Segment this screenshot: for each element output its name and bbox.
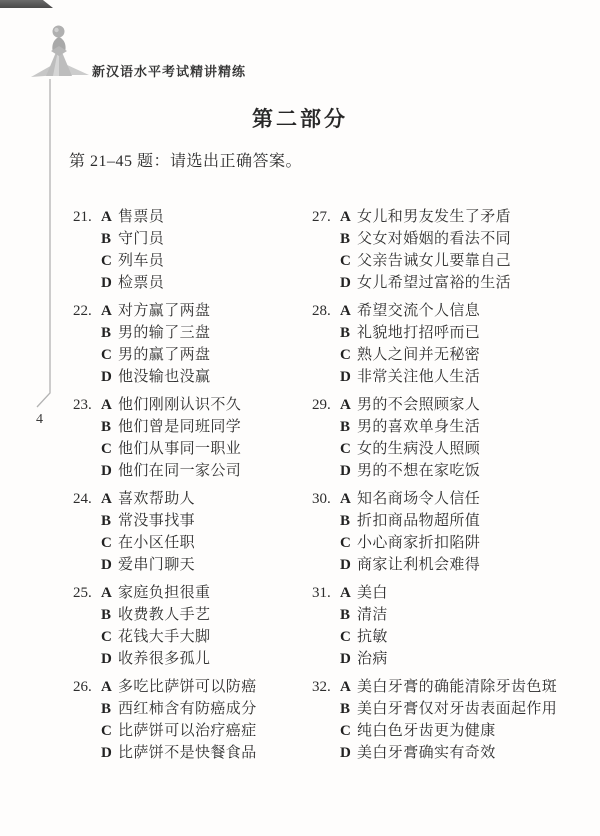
option-row: 30.A知名商场令人信任 [312, 488, 592, 510]
option-text: 检票员 [118, 272, 164, 294]
option-row: B男的输了三盘 [73, 322, 308, 344]
option-letter: A [101, 582, 118, 604]
option-letter: B [340, 228, 357, 250]
option-text: 他们曾是同班同学 [118, 416, 241, 438]
question-number: 29. [312, 394, 340, 416]
option-letter: D [101, 554, 118, 576]
option-row: 21.A售票员 [73, 206, 308, 228]
option-text: 喜欢帮助人 [118, 488, 195, 510]
option-row: C花钱大手大脚 [73, 626, 308, 648]
question-22: 22.A对方赢了两盘B男的输了三盘C男的赢了两盘D他没输也没赢 [73, 300, 308, 388]
option-letter: A [340, 582, 357, 604]
option-text: 美白牙膏确实有奇效 [357, 742, 496, 764]
question-number [312, 554, 340, 576]
option-letter: B [101, 510, 118, 532]
option-row: D他没输也没赢 [73, 366, 308, 388]
option-text: 收费教人手艺 [118, 604, 210, 626]
option-text: 折扣商品物超所值 [357, 510, 480, 532]
option-text: 对方赢了两盘 [118, 300, 210, 322]
question-number [73, 532, 101, 554]
option-text: 男的赢了两盘 [118, 344, 210, 366]
option-letter: A [101, 300, 118, 322]
option-letter: D [340, 366, 357, 388]
option-row: D爱串门聊天 [73, 554, 308, 576]
question-29: 29.A男的不会照顾家人B男的喜欢单身生活C女的生病没人照顾D男的不想在家吃饭 [312, 394, 592, 482]
question-32: 32.A美白牙膏的确能清除牙齿色斑B美白牙膏仅对牙齿表面起作用C纯白色牙齿更为健… [312, 676, 592, 764]
option-letter: D [101, 648, 118, 670]
option-letter: A [340, 488, 357, 510]
question-27: 27.A女儿和男友发生了矛盾B父女对婚姻的看法不同C父亲告诫女儿要靠自己D女儿希… [312, 206, 592, 294]
option-row: B美白牙膏仅对牙齿表面起作用 [312, 698, 592, 720]
option-letter: A [340, 676, 357, 698]
option-row: C在小区任职 [73, 532, 308, 554]
option-text: 多吃比萨饼可以防癌 [118, 676, 257, 698]
question-number [312, 344, 340, 366]
option-text: 女的生病没人照顾 [357, 438, 480, 460]
question-23: 23.A他们刚刚认识不久B他们曾是同班同学C他们从事同一职业D他们在同一家公司 [73, 394, 308, 482]
question-number [312, 272, 340, 294]
question-number [312, 416, 340, 438]
option-letter: D [101, 460, 118, 482]
option-row: B他们曾是同班同学 [73, 416, 308, 438]
option-row: C熟人之间并无秘密 [312, 344, 592, 366]
question-number [312, 438, 340, 460]
option-letter: B [101, 698, 118, 720]
option-text: 男的不会照顾家人 [357, 394, 480, 416]
option-row: 29.A男的不会照顾家人 [312, 394, 592, 416]
option-letter: B [101, 416, 118, 438]
question-number [73, 720, 101, 742]
option-row: B常没事找事 [73, 510, 308, 532]
option-text: 女儿和男友发生了矛盾 [357, 206, 511, 228]
option-text: 他们刚刚认识不久 [118, 394, 241, 416]
option-row: D比萨饼不是快餐食品 [73, 742, 308, 764]
option-row: C父亲告诫女儿要靠自己 [312, 250, 592, 272]
option-row: 31.A美白 [312, 582, 592, 604]
option-letter: B [101, 322, 118, 344]
question-24: 24.A喜欢帮助人B常没事找事C在小区任职D爱串门聊天 [73, 488, 308, 576]
question-number: 31. [312, 582, 340, 604]
option-letter: B [340, 698, 357, 720]
option-letter: D [101, 742, 118, 764]
question-number: 30. [312, 488, 340, 510]
option-row: C纯白色牙齿更为健康 [312, 720, 592, 742]
option-text: 列车员 [118, 250, 164, 272]
option-text: 清洁 [357, 604, 388, 626]
option-letter: D [340, 648, 357, 670]
option-row: D收养很多孤儿 [73, 648, 308, 670]
option-text: 他们从事同一职业 [118, 438, 241, 460]
option-text: 纯白色牙齿更为健康 [357, 720, 496, 742]
question-number [312, 532, 340, 554]
option-letter: C [101, 532, 118, 554]
section-title: 第二部分 [0, 103, 600, 133]
option-text: 小心商家折扣陷阱 [357, 532, 480, 554]
option-text: 收养很多孤儿 [118, 648, 210, 670]
option-letter: A [101, 676, 118, 698]
question-28: 28.A希望交流个人信息B礼貌地打招呼而已C熟人之间并无秘密D非常关注他人生活 [312, 300, 592, 388]
option-row: B清洁 [312, 604, 592, 626]
question-number [73, 366, 101, 388]
question-number: 32. [312, 676, 340, 698]
option-letter: A [340, 300, 357, 322]
option-row: B西红柿含有防癌成分 [73, 698, 308, 720]
option-letter: D [340, 742, 357, 764]
option-text: 父亲告诫女儿要靠自己 [357, 250, 511, 272]
question-number [312, 460, 340, 482]
question-number: 24. [73, 488, 101, 510]
option-text: 守门员 [118, 228, 164, 250]
book-title: 新汉语水平考试精讲精练 [92, 61, 246, 80]
question-number [312, 250, 340, 272]
option-text: 男的输了三盘 [118, 322, 210, 344]
question-number: 28. [312, 300, 340, 322]
question-26: 26.A多吃比萨饼可以防癌B西红柿含有防癌成分C比萨饼可以治疗癌症D比萨饼不是快… [73, 676, 308, 764]
margin-rule [0, 0, 70, 430]
option-letter: C [101, 344, 118, 366]
option-row: 22.A对方赢了两盘 [73, 300, 308, 322]
option-letter: B [340, 322, 357, 344]
question-number [312, 228, 340, 250]
option-letter: A [101, 206, 118, 228]
option-letter: C [101, 438, 118, 460]
questions-column-left: 21.A售票员B守门员C列车员D检票员22.A对方赢了两盘B男的输了三盘C男的赢… [73, 206, 308, 770]
option-letter: A [340, 206, 357, 228]
question-number [312, 366, 340, 388]
question-number [312, 698, 340, 720]
question-number [73, 604, 101, 626]
question-number: 22. [73, 300, 101, 322]
question-number [73, 510, 101, 532]
option-row: B守门员 [73, 228, 308, 250]
option-row: D美白牙膏确实有奇效 [312, 742, 592, 764]
question-30: 30.A知名商场令人信任B折扣商品物超所值C小心商家折扣陷阱D商家让利机会难得 [312, 488, 592, 576]
option-letter: C [340, 344, 357, 366]
question-number [73, 272, 101, 294]
option-row: 28.A希望交流个人信息 [312, 300, 592, 322]
question-number: 26. [73, 676, 101, 698]
option-text: 知名商场令人信任 [357, 488, 480, 510]
question-25: 25.A家庭负担很重B收费教人手艺C花钱大手大脚D收养很多孤儿 [73, 582, 308, 670]
option-text: 花钱大手大脚 [118, 626, 210, 648]
option-letter: D [101, 366, 118, 388]
option-letter: B [101, 604, 118, 626]
questions-column-right: 27.A女儿和男友发生了矛盾B父女对婚姻的看法不同C父亲告诫女儿要靠自己D女儿希… [312, 206, 592, 770]
option-text: 在小区任职 [118, 532, 195, 554]
question-number [73, 322, 101, 344]
option-row: D男的不想在家吃饭 [312, 460, 592, 482]
option-text: 美白 [357, 582, 388, 604]
option-row: 32.A美白牙膏的确能清除牙齿色斑 [312, 676, 592, 698]
option-text: 比萨饼可以治疗癌症 [118, 720, 257, 742]
option-letter: C [340, 250, 357, 272]
option-text: 非常关注他人生活 [357, 366, 480, 388]
option-row: 23.A他们刚刚认识不久 [73, 394, 308, 416]
option-letter: B [340, 510, 357, 532]
option-letter: C [340, 438, 357, 460]
option-letter: D [340, 554, 357, 576]
option-row: D非常关注他人生活 [312, 366, 592, 388]
question-number [312, 648, 340, 670]
question-number: 23. [73, 394, 101, 416]
question-number [312, 742, 340, 764]
option-letter: B [340, 416, 357, 438]
option-text: 男的不想在家吃饭 [357, 460, 480, 482]
option-text: 治病 [357, 648, 388, 670]
option-letter: C [340, 626, 357, 648]
option-text: 男的喜欢单身生活 [357, 416, 480, 438]
question-number [312, 626, 340, 648]
option-letter: D [101, 272, 118, 294]
option-row: C列车员 [73, 250, 308, 272]
option-letter: D [340, 460, 357, 482]
option-text: 家庭负担很重 [118, 582, 210, 604]
option-text: 父女对婚姻的看法不同 [357, 228, 511, 250]
question-number: 21. [73, 206, 101, 228]
option-letter: D [340, 272, 357, 294]
question-number [73, 228, 101, 250]
question-31: 31.A美白B清洁C抗敏D治病 [312, 582, 592, 670]
question-21: 21.A售票员B守门员C列车员D检票员 [73, 206, 308, 294]
option-row: C抗敏 [312, 626, 592, 648]
option-letter: B [101, 228, 118, 250]
option-row: B父女对婚姻的看法不同 [312, 228, 592, 250]
option-text: 西红柿含有防癌成分 [118, 698, 257, 720]
question-number: 25. [73, 582, 101, 604]
question-number [73, 416, 101, 438]
option-row: B男的喜欢单身生活 [312, 416, 592, 438]
option-text: 常没事找事 [118, 510, 195, 532]
book-page: 新汉语水平考试精讲精练 4 第二部分 第 21–45 题：请选出正确答案。 21… [0, 0, 600, 836]
option-letter: A [101, 394, 118, 416]
page-number: 4 [36, 412, 43, 428]
option-text: 美白牙膏仅对牙齿表面起作用 [357, 698, 557, 720]
option-letter: B [340, 604, 357, 626]
option-row: C小心商家折扣陷阱 [312, 532, 592, 554]
option-letter: A [101, 488, 118, 510]
option-text: 抗敏 [357, 626, 388, 648]
question-number [73, 344, 101, 366]
option-row: C女的生病没人照顾 [312, 438, 592, 460]
question-number [73, 698, 101, 720]
option-text: 比萨饼不是快餐食品 [118, 742, 257, 764]
question-number [312, 322, 340, 344]
question-number [73, 742, 101, 764]
question-number [312, 510, 340, 532]
question-number: 27. [312, 206, 340, 228]
option-row: 25.A家庭负担很重 [73, 582, 308, 604]
option-row: D治病 [312, 648, 592, 670]
option-text: 熟人之间并无秘密 [357, 344, 480, 366]
question-number [73, 250, 101, 272]
option-row: C他们从事同一职业 [73, 438, 308, 460]
option-row: B折扣商品物超所值 [312, 510, 592, 532]
option-row: B收费教人手艺 [73, 604, 308, 626]
option-text: 美白牙膏的确能清除牙齿色斑 [357, 676, 557, 698]
option-row: 27.A女儿和男友发生了矛盾 [312, 206, 592, 228]
option-row: B礼貌地打招呼而已 [312, 322, 592, 344]
question-number [73, 438, 101, 460]
option-text: 爱串门聊天 [118, 554, 195, 576]
instruction-text: 第 21–45 题：请选出正确答案。 [69, 148, 302, 171]
option-row: C男的赢了两盘 [73, 344, 308, 366]
option-text: 他们在同一家公司 [118, 460, 241, 482]
option-row: D商家让利机会难得 [312, 554, 592, 576]
question-number [312, 604, 340, 626]
option-row: D女儿希望过富裕的生活 [312, 272, 592, 294]
option-text: 售票员 [118, 206, 164, 228]
option-letter: C [101, 720, 118, 742]
question-number [312, 720, 340, 742]
option-text: 他没输也没赢 [118, 366, 210, 388]
option-letter: C [101, 626, 118, 648]
option-letter: C [340, 720, 357, 742]
option-letter: A [340, 394, 357, 416]
option-text: 女儿希望过富裕的生活 [357, 272, 511, 294]
option-text: 商家让利机会难得 [357, 554, 480, 576]
option-row: C比萨饼可以治疗癌症 [73, 720, 308, 742]
question-number [73, 648, 101, 670]
question-number [73, 460, 101, 482]
option-row: D他们在同一家公司 [73, 460, 308, 482]
question-number [73, 626, 101, 648]
option-text: 礼貌地打招呼而已 [357, 322, 480, 344]
option-text: 希望交流个人信息 [357, 300, 480, 322]
option-row: 24.A喜欢帮助人 [73, 488, 308, 510]
option-letter: C [101, 250, 118, 272]
option-letter: C [340, 532, 357, 554]
option-row: 26.A多吃比萨饼可以防癌 [73, 676, 308, 698]
option-row: D检票员 [73, 272, 308, 294]
question-number [73, 554, 101, 576]
